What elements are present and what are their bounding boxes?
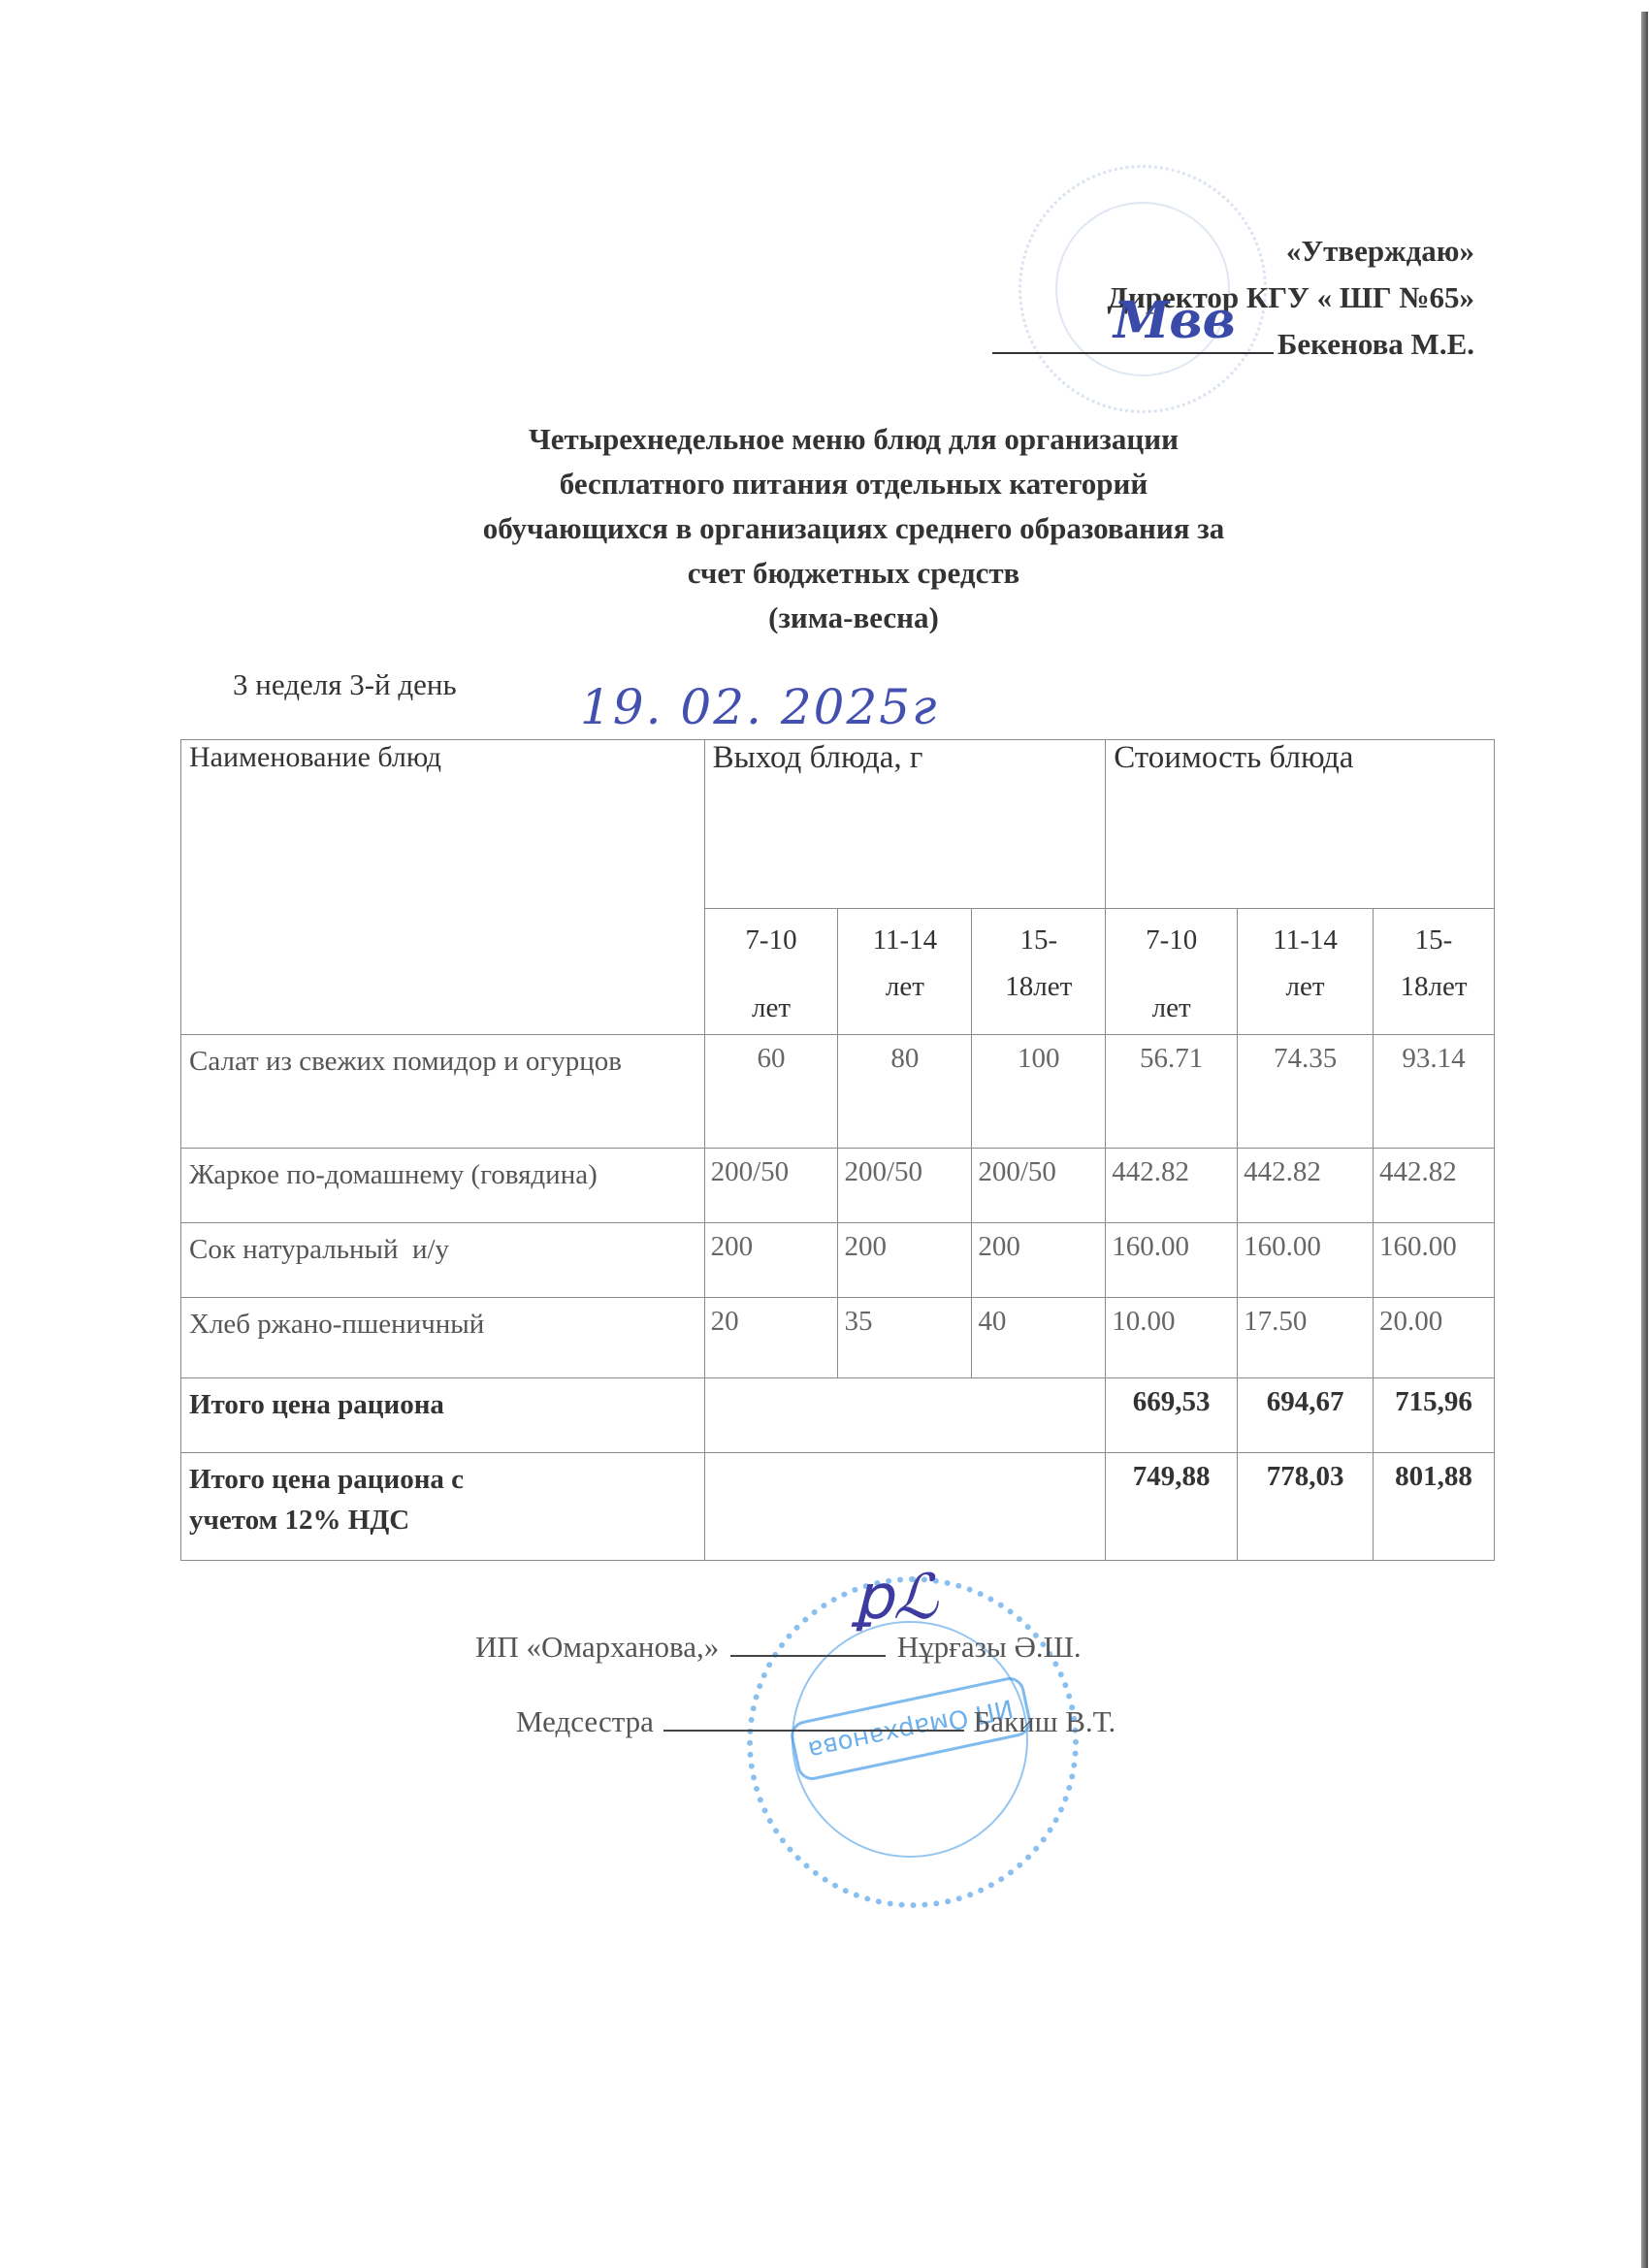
cost-value: 442.82: [1106, 1149, 1238, 1223]
title-line: (зима-весна): [369, 596, 1339, 640]
yield-age-15-18: 15-18лет: [972, 909, 1106, 1035]
title-line: бесплатного питания отдельных категорий: [369, 462, 1339, 506]
cost-value: 160.00: [1238, 1223, 1374, 1298]
cost-value: 160.00: [1106, 1223, 1238, 1298]
cost-value: 56.71: [1106, 1035, 1238, 1149]
column-header-cost: Стоимость блюда: [1106, 740, 1495, 909]
total-vat-row: Итого цена рациона с учетом 12% НДС 749,…: [181, 1453, 1495, 1561]
age-label: 11-14: [839, 917, 970, 963]
cost-value: 17.50: [1238, 1298, 1374, 1378]
age-label: 7-10: [706, 917, 837, 963]
total-vat-empty-cell: [704, 1453, 1106, 1561]
supplier-name: Нұрғазы Ә.Ш.: [897, 1630, 1082, 1664]
cost-value: 442.82: [1238, 1149, 1374, 1223]
nurse-signature-row: Медсестра Бакиш В.Т.: [516, 1704, 1115, 1739]
age-label: 11-14: [1239, 917, 1372, 963]
total-value: 669,53: [1106, 1378, 1238, 1453]
yield-value: 200: [704, 1223, 838, 1298]
supplier-signature-line: [730, 1632, 886, 1657]
cost-value: 74.35: [1238, 1035, 1374, 1149]
approval-name: Бекенова М.Е.: [1277, 327, 1474, 361]
total-empty-cell: [704, 1378, 1106, 1453]
dish-name: Салат из свежих помидор и огурцов: [181, 1035, 705, 1149]
total-label: Итого цена рациона: [181, 1378, 705, 1453]
cost-value: 93.14: [1374, 1035, 1495, 1149]
age-label: 18лет: [973, 963, 1104, 1010]
supplier-signature: ꝑℒ: [854, 1562, 938, 1634]
age-label: 18лет: [1374, 963, 1493, 1010]
yield-value: 100: [972, 1035, 1106, 1149]
age-label: 7-10: [1107, 917, 1236, 963]
dish-name: Жаркое по-домашнему (говядина): [181, 1149, 705, 1223]
total-vat-value: 778,03: [1238, 1453, 1374, 1561]
supplier-label: ИП «Омарханова,»: [475, 1630, 719, 1664]
dish-name: Хлеб ржано-пшеничный: [181, 1298, 705, 1378]
age-label: лет: [1107, 985, 1236, 1031]
director-signature-line: Мвв: [992, 327, 1274, 354]
document-title: Четырехнедельное меню блюд для организац…: [369, 417, 1339, 640]
supplier-signature-row: ИП «Омарханова,» Нұрғазы Ә.Ш.: [475, 1630, 1082, 1665]
cost-value: 10.00: [1106, 1298, 1238, 1378]
yield-value: 200/50: [704, 1149, 838, 1223]
total-vat-label-text: Итого цена рациона с учетом 12% НДС: [189, 1459, 509, 1540]
yield-age-11-14: 11-14лет: [838, 909, 972, 1035]
title-line: Четырехнедельное меню блюд для организац…: [369, 417, 1339, 462]
title-line: счет бюджетных средств: [369, 551, 1339, 596]
total-value: 715,96: [1374, 1378, 1495, 1453]
cost-age-11-14: 11-14лет: [1238, 909, 1374, 1035]
column-header-yield: Выход блюда, г: [704, 740, 1106, 909]
approval-heading: «Утверждаю»: [992, 228, 1474, 275]
handwritten-date: 19. 02. 2025г: [580, 679, 938, 735]
table-row: Сок натуральный и/у 200 200 200 160.00 1…: [181, 1223, 1495, 1298]
yield-value: 20: [704, 1298, 838, 1378]
table-row: Жаркое по-домашнему (говядина) 200/50 20…: [181, 1149, 1495, 1223]
table-row: Салат из свежих помидор и огурцов 60 80 …: [181, 1035, 1495, 1149]
yield-age-7-10: 7-10лет: [704, 909, 838, 1035]
table-header-row: Наименование блюд Выход блюда, г Стоимос…: [181, 740, 1495, 909]
age-label: лет: [706, 985, 837, 1031]
approval-block: «Утверждаю» Директор КГУ « ШГ №65» Мвв Б…: [992, 228, 1474, 368]
cost-age-7-10: 7-10лет: [1106, 909, 1238, 1035]
total-vat-value: 749,88: [1106, 1453, 1238, 1561]
yield-value: 200: [972, 1223, 1106, 1298]
menu-table: Наименование блюд Выход блюда, г Стоимос…: [180, 739, 1495, 1561]
approval-signature-row: Мвв Бекенова М.Е.: [992, 321, 1474, 368]
cost-age-15-18: 15-18лет: [1374, 909, 1495, 1035]
age-label: лет: [839, 963, 970, 1010]
total-value: 694,67: [1238, 1378, 1374, 1453]
yield-value: 200/50: [838, 1149, 972, 1223]
cost-value: 160.00: [1374, 1223, 1495, 1298]
yield-value: 200: [838, 1223, 972, 1298]
table-row: Хлеб ржано-пшеничный 20 35 40 10.00 17.5…: [181, 1298, 1495, 1378]
yield-value: 40: [972, 1298, 1106, 1378]
director-signature: Мвв: [1114, 298, 1236, 344]
scan-edge: [1641, 12, 1648, 2268]
total-row: Итого цена рациона 669,53 694,67 715,96: [181, 1378, 1495, 1453]
yield-value: 200/50: [972, 1149, 1106, 1223]
yield-value: 80: [838, 1035, 972, 1149]
dish-name: Сок натуральный и/у: [181, 1223, 705, 1298]
total-vat-label: Итого цена рациона с учетом 12% НДС: [181, 1453, 705, 1561]
yield-value: 60: [704, 1035, 838, 1149]
age-label: 15-: [973, 917, 1104, 963]
day-label: 3 неделя 3-й день: [233, 667, 457, 702]
nurse-label: Медсестра: [516, 1704, 654, 1738]
nurse-signature-line: [663, 1706, 964, 1732]
age-label: 15-: [1374, 917, 1493, 963]
cost-value: 442.82: [1374, 1149, 1495, 1223]
nurse-name: Бакиш В.Т.: [973, 1704, 1115, 1738]
cost-value: 20.00: [1374, 1298, 1495, 1378]
yield-value: 35: [838, 1298, 972, 1378]
column-header-name: Наименование блюд: [181, 740, 705, 1035]
total-vat-value: 801,88: [1374, 1453, 1495, 1561]
title-line: обучающихся в организациях среднего обра…: [369, 506, 1339, 551]
age-label: лет: [1239, 963, 1372, 1010]
